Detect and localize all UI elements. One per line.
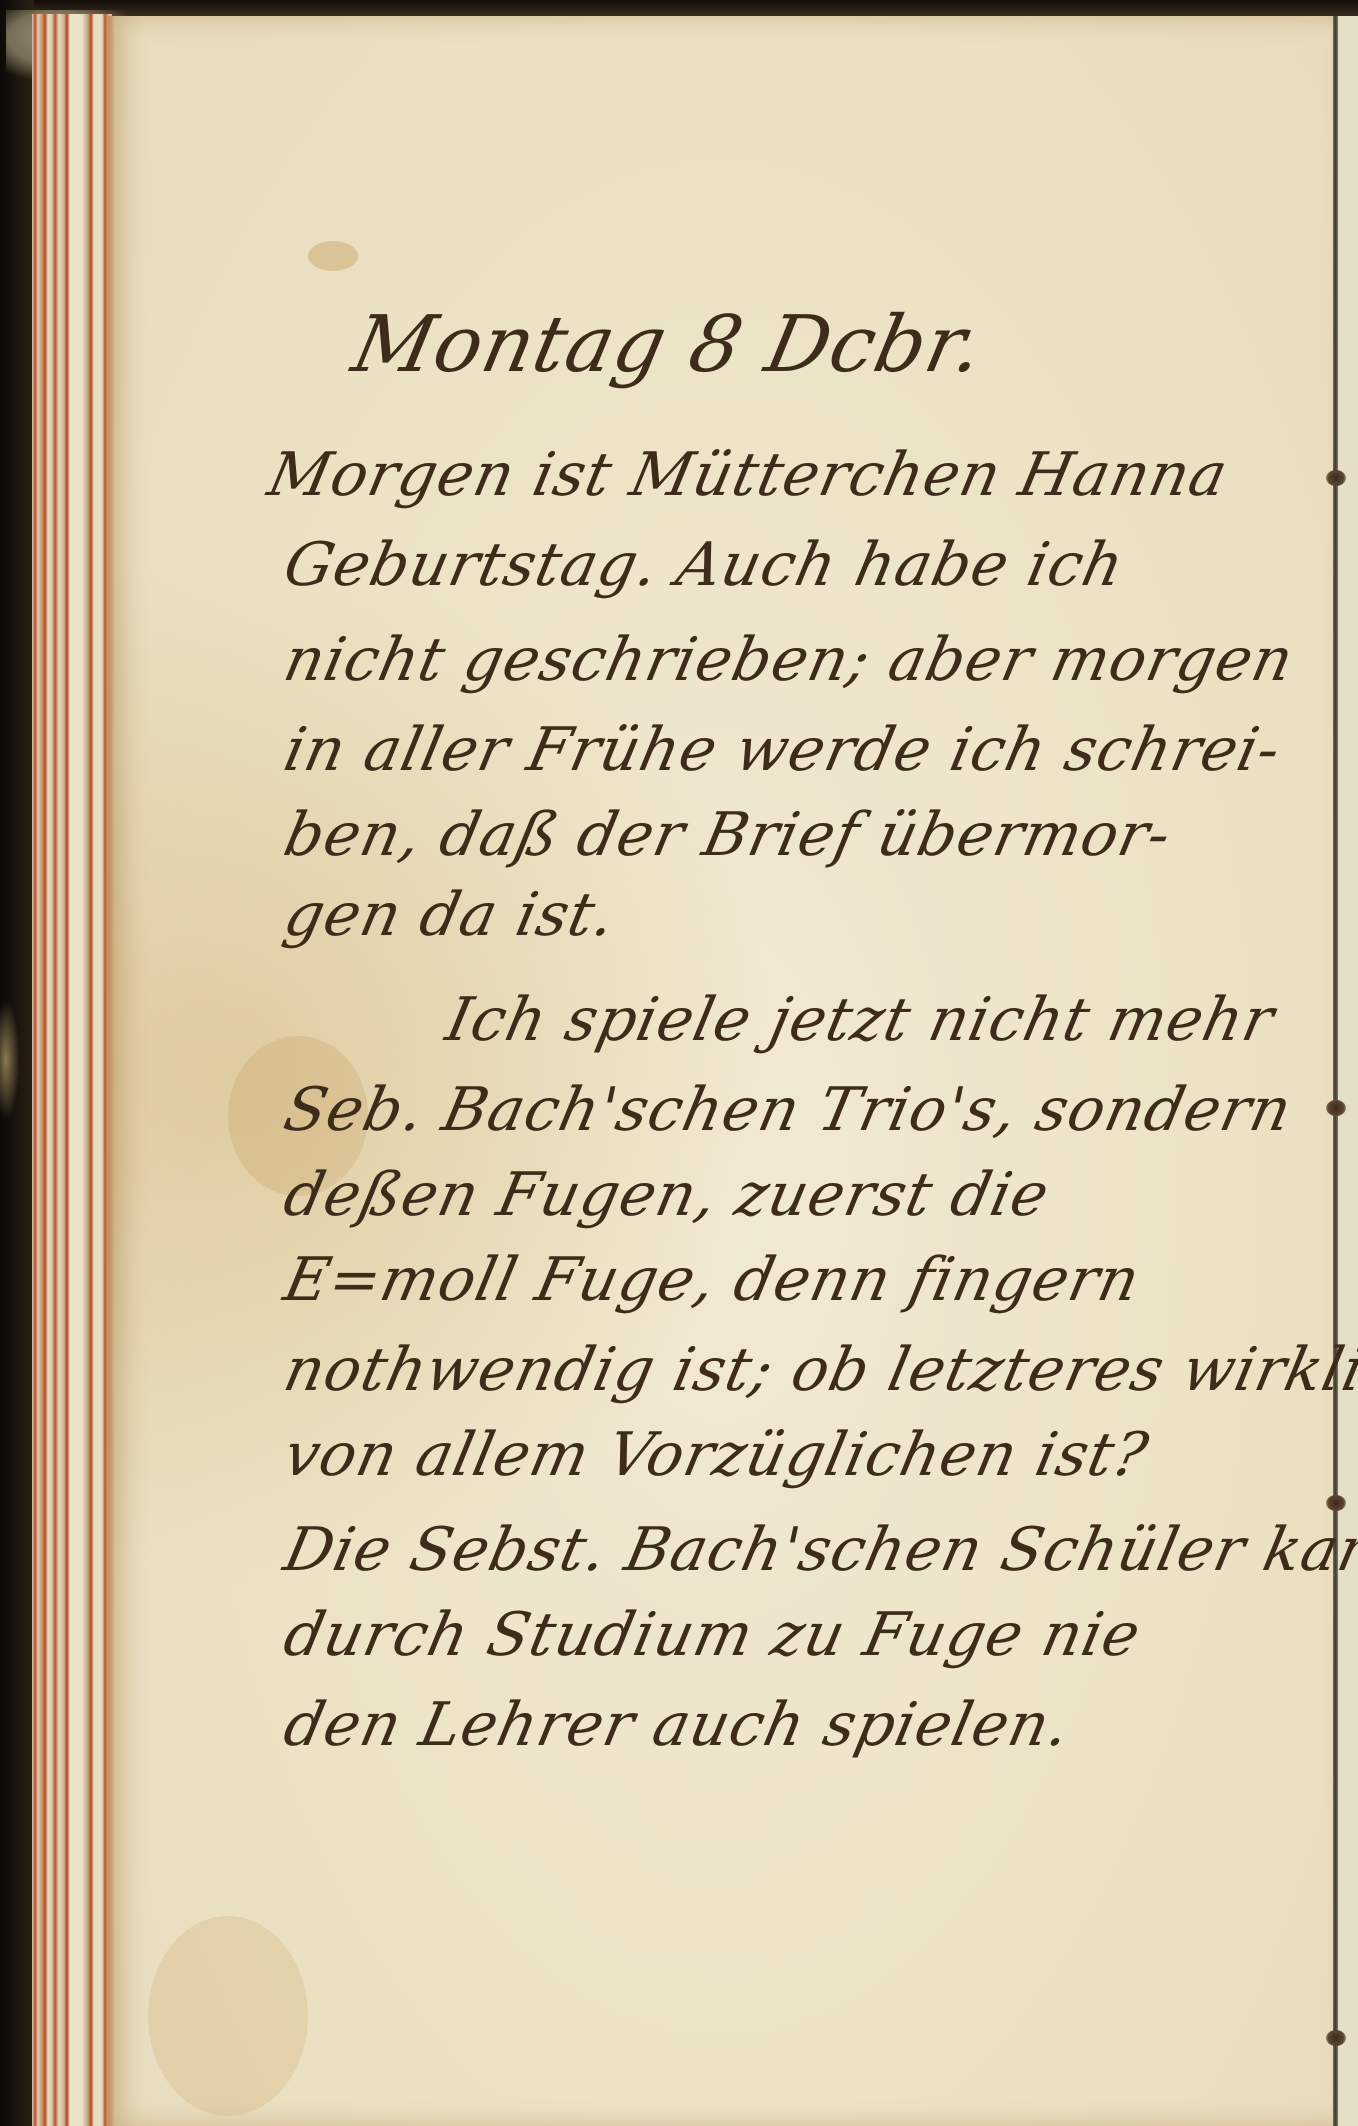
text-line: von allem Vorzüglichen ist? [278,1420,1155,1490]
text-line: Geburtstag. Auch habe ich [278,530,1131,600]
text-line: deßen Fugen, zuerst die [278,1160,1056,1230]
stitch-hole [1326,1100,1346,1116]
page-stack-edges [32,14,112,2126]
foxing-stain [148,1916,308,2116]
text-line: durch Studium zu Fuge nie [278,1600,1147,1670]
text-line: Morgen ist Mütterchen Hanna [262,440,1234,510]
frayed-binding-mid [0,1000,20,1120]
text-line: nothwendig ist; ob letzteres wirklich [278,1335,1358,1405]
foxing-spot [308,241,358,271]
text-line: gen da ist. [278,880,622,950]
text-line: E=moll Fuge, denn fingern [278,1245,1146,1315]
page-left-edge [108,16,114,2126]
stitch-hole [1326,470,1346,486]
facing-page-edge [1338,16,1358,2126]
stitch-hole [1326,1495,1346,1511]
manuscript-scan: Montag 8 Dcbr. Morgen ist Mütterchen Han… [0,0,1358,2126]
text-line: in aller Frühe werde ich schrei- [278,715,1287,785]
text-line: Seb. Bach'schen Trio's, sondern [278,1075,1298,1145]
diary-heading-date: Montag 8 Dcbr. [345,300,992,390]
text-line: nicht geschrieben; aber morgen [278,625,1300,695]
stitch-hole [1326,2030,1346,2046]
text-line: den Lehrer auch spielen. [278,1690,1076,1760]
text-line: Die Sebst. Bach'schen Schüler kann [278,1515,1358,1585]
text-line: Ich spiele jetzt nicht mehr [440,985,1281,1055]
book-cover-top-edge [0,0,1358,16]
text-line: ben, daß der Brief übermor- [278,800,1178,870]
